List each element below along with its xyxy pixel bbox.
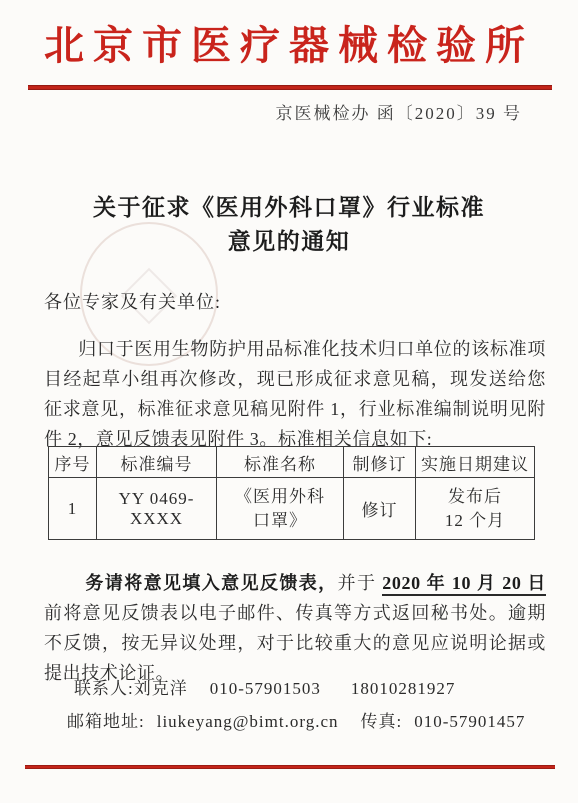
table-cell-standard-code: YY 0469-XXXX <box>97 478 217 540</box>
table-cell-standard-name: 《医用外科 口罩》 <box>217 478 344 540</box>
document-reference-number: 京医械检办 函〔2020〕39 号 <box>276 99 523 124</box>
deadline-notice-paragraph: 务请将意见填入意见反馈表，并于 2020 年 10 月 20 日前将意见反馈表以… <box>44 568 546 688</box>
standard-name-line1: 《医用外科 <box>219 485 341 509</box>
implementation-line1: 发布后 <box>418 485 532 509</box>
body-paragraph: 归口于医用生物防护用品标准化技术归口单位的该标准项目经起草小组再次修改，现已形成… <box>44 334 546 454</box>
table-cell-implementation-date: 发布后 12 个月 <box>416 478 535 540</box>
footer-divider-rule <box>25 765 555 769</box>
contact-person-label: 联系人: <box>74 679 134 698</box>
table-header-serial: 序号 <box>49 447 97 478</box>
document-title: 关于征求《医用外科口罩》行业标准 意见的通知 <box>0 191 578 259</box>
table-header-standard-name: 标准名称 <box>217 447 344 478</box>
notice-rest-text: 前将意见反馈表以电子邮件、传真等方式返回秘书处。逾期不反馈，按无异议处理，对于比… <box>44 603 546 683</box>
table-cell-serial: 1 <box>49 478 97 540</box>
document-title-line2: 意见的通知 <box>0 225 578 259</box>
salutation: 各位专家及有关单位: <box>44 288 221 314</box>
letterhead-org-name: 北京市医疗器械检验所 <box>0 14 578 71</box>
document-page: 北京市医疗器械检验所 京医械检办 函〔2020〕39 号 关于征求《医用外科口罩… <box>0 0 578 803</box>
contact-person-name: 刘克洋 <box>134 679 188 698</box>
contact-email: liukeyang@bimt.org.cn <box>157 712 339 731</box>
standard-name-line2: 口罩》 <box>219 509 341 533</box>
contact-person-line: 联系人:刘克洋010-5790150318010281927 <box>74 674 455 699</box>
contact-fax-label: 传真: <box>361 712 403 731</box>
table-header-revision-type: 制修订 <box>344 447 416 478</box>
letterhead-divider-rule <box>28 85 552 90</box>
contact-fax: 010-57901457 <box>414 712 525 731</box>
standards-info-table: 序号 标准编号 标准名称 制修订 实施日期建议 1 YY 0469-XXXX 《… <box>48 446 535 540</box>
document-title-line1: 关于征求《医用外科口罩》行业标准 <box>0 191 578 225</box>
table-row: 1 YY 0469-XXXX 《医用外科 口罩》 修订 发布后 12 个月 <box>49 478 535 540</box>
notice-mid-text: 并于 <box>338 573 383 593</box>
contact-mobile: 18010281927 <box>351 679 456 698</box>
table-header-standard-code: 标准编号 <box>97 447 217 478</box>
contact-email-line: 邮箱地址:liukeyang@bimt.org.cn传真:010-5790145… <box>67 707 525 732</box>
table-header-row: 序号 标准编号 标准名称 制修订 实施日期建议 <box>49 447 535 478</box>
contact-phone: 010-57901503 <box>210 679 321 698</box>
notice-bold-lead: 务请将意见填入意见反馈表， <box>85 573 337 593</box>
table-header-implementation-date: 实施日期建议 <box>416 447 535 478</box>
table-cell-revision-type: 修订 <box>344 478 416 540</box>
contact-email-label: 邮箱地址: <box>67 712 145 731</box>
deadline-date: 2020 年 10 月 20 日 <box>382 573 546 596</box>
implementation-line2: 12 个月 <box>418 509 532 533</box>
